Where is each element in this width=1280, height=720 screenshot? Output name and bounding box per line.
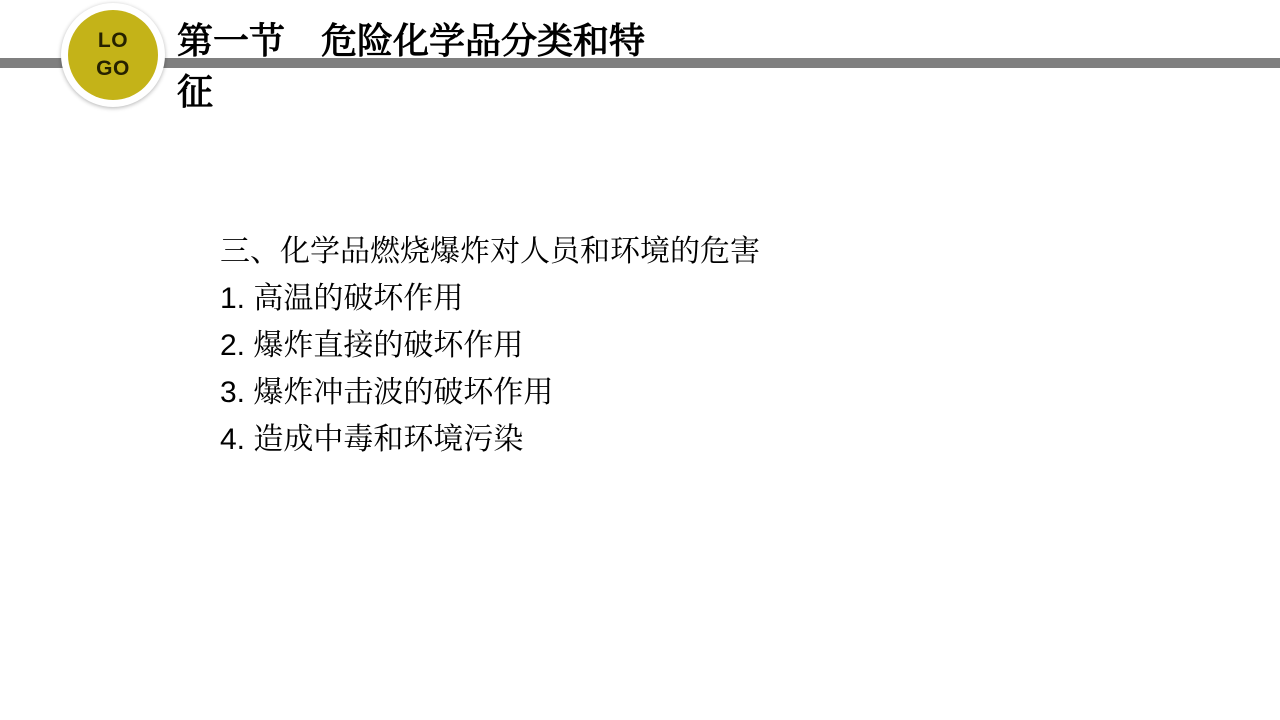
body-item-3: 3. 爆炸冲击波的破坏作用 [220, 369, 760, 416]
slide-title-line2: 征 [177, 66, 645, 117]
slide-title: 第一节 危险化学品分类和特 征 [177, 15, 645, 117]
logo-text-line1: LO [98, 27, 128, 55]
logo-icon: LO GO [68, 10, 158, 100]
logo-badge: LO GO [61, 3, 165, 107]
body-item-4: 4. 造成中毒和环境污染 [220, 416, 760, 463]
body-item-2: 2. 爆炸直接的破坏作用 [220, 322, 760, 369]
slide-title-line1: 第一节 危险化学品分类和特 [177, 15, 645, 66]
logo-text-line2: GO [96, 55, 130, 83]
presentation-slide: LO GO 第一节 危险化学品分类和特 征 三、化学品燃烧爆炸对人员和环境的危害… [0, 0, 1280, 720]
body-heading: 三、化学品燃烧爆炸对人员和环境的危害 [220, 228, 760, 275]
body-item-1: 1. 高温的破坏作用 [220, 275, 760, 322]
slide-body: 三、化学品燃烧爆炸对人员和环境的危害 1. 高温的破坏作用 2. 爆炸直接的破坏… [220, 228, 760, 463]
